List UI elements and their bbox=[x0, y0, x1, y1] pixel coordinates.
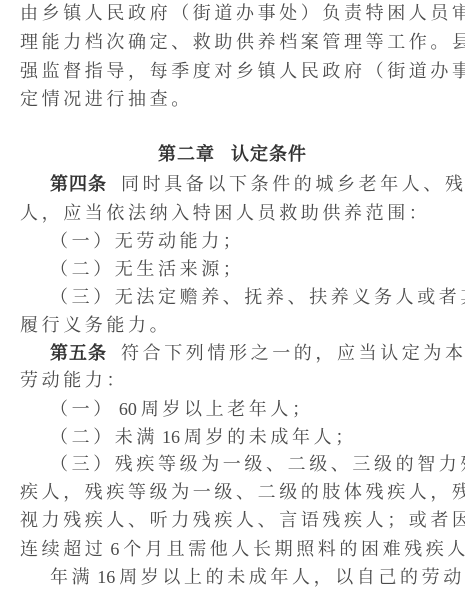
article-5-line-1: 第五条符合下列情形之一的，应当认定为本细则所称的无 bbox=[50, 340, 465, 368]
list-item: （一）60周岁以上老年人； bbox=[50, 395, 465, 423]
list-item-continuation: 连续超过6个月且需他人长期照料的困难残疾人。 bbox=[20, 535, 440, 563]
article-4-line-2: 人，应当依法纳入特困人员救助供养范围： bbox=[20, 200, 440, 228]
article-label: 第五条 bbox=[50, 343, 107, 364]
list-item-continuation: 履行义务能力。 bbox=[20, 312, 440, 340]
list-item-text: 个月且需他人长期照料的困难残疾人。 bbox=[123, 539, 465, 560]
document-page: 由乡镇人民政府（街道办事处）负责特困人员审核确认、生活自 理能力档次确定、救助供… bbox=[0, 0, 465, 600]
list-item-prefix: （二）未满 bbox=[50, 427, 158, 448]
list-item-number: 6 bbox=[110, 539, 119, 559]
paragraph-line: 由乡镇人民政府（街道办事处）负责特困人员审核确认、生活自 bbox=[20, 0, 440, 28]
list-item-number: 60 bbox=[119, 399, 137, 419]
list-item-continuation: 视力残疾人、听力残疾人、言语残疾人；或者因患大病卧床不起 bbox=[20, 507, 440, 535]
paragraph-line: 强监督指导，每季度对乡镇人民政府（街道办事处）特困人员认 bbox=[20, 58, 440, 86]
list-item-number: 16 bbox=[162, 427, 180, 447]
paragraph-text: 年满 bbox=[50, 567, 93, 588]
list-item-text: 周岁以上老年人； bbox=[141, 399, 314, 420]
chapter-title: 认定条件 bbox=[231, 144, 307, 165]
list-item-prefix: （一） bbox=[50, 399, 115, 420]
article-text: 同时具备以下条件的城乡老年人、残疾人和未成年 bbox=[121, 174, 465, 195]
list-item: （三）残疾等级为一级、二级、三级的智力残疾人、精神残 bbox=[50, 451, 465, 479]
list-item: （三）无法定赡养、抚养、扶养义务人或者其法定义务人无 bbox=[50, 284, 465, 312]
list-item-continuation: 疾人，残疾等级为一级、二级的肢体残疾人，残疾等级为一级的 bbox=[20, 479, 440, 507]
article-5-line-2: 劳动能力： bbox=[20, 367, 440, 395]
article-label: 第四条 bbox=[50, 174, 107, 195]
paragraph-line: 年满16周岁以上的未成年人，以自己的劳动收入为主要生 bbox=[50, 563, 465, 591]
list-item: （一）无劳动能力； bbox=[50, 228, 465, 256]
paragraph-line: 理能力档次确定、救助供养档案管理等工作。县级民政部门要加 bbox=[20, 29, 440, 57]
list-item-text: 连续超过 bbox=[20, 539, 106, 560]
paragraph-number: 16 bbox=[97, 567, 115, 587]
list-item-text: 周岁的未成年人； bbox=[184, 427, 357, 448]
paragraph-line: 定情况进行抽查。 bbox=[20, 86, 440, 114]
chapter-number: 第二章 bbox=[158, 144, 215, 165]
paragraph-text: 周岁以上的未成年人，以自己的劳动收入为主要生 bbox=[119, 567, 465, 588]
list-item: （二）未满16周岁的未成年人； bbox=[50, 423, 465, 451]
article-text: 符合下列情形之一的，应当认定为本细则所称的无 bbox=[121, 343, 465, 364]
chapter-heading: 第二章认定条件 bbox=[0, 141, 465, 169]
article-4-line-1: 第四条同时具备以下条件的城乡老年人、残疾人和未成年 bbox=[50, 171, 465, 199]
list-item: （二）无生活来源； bbox=[50, 256, 465, 284]
